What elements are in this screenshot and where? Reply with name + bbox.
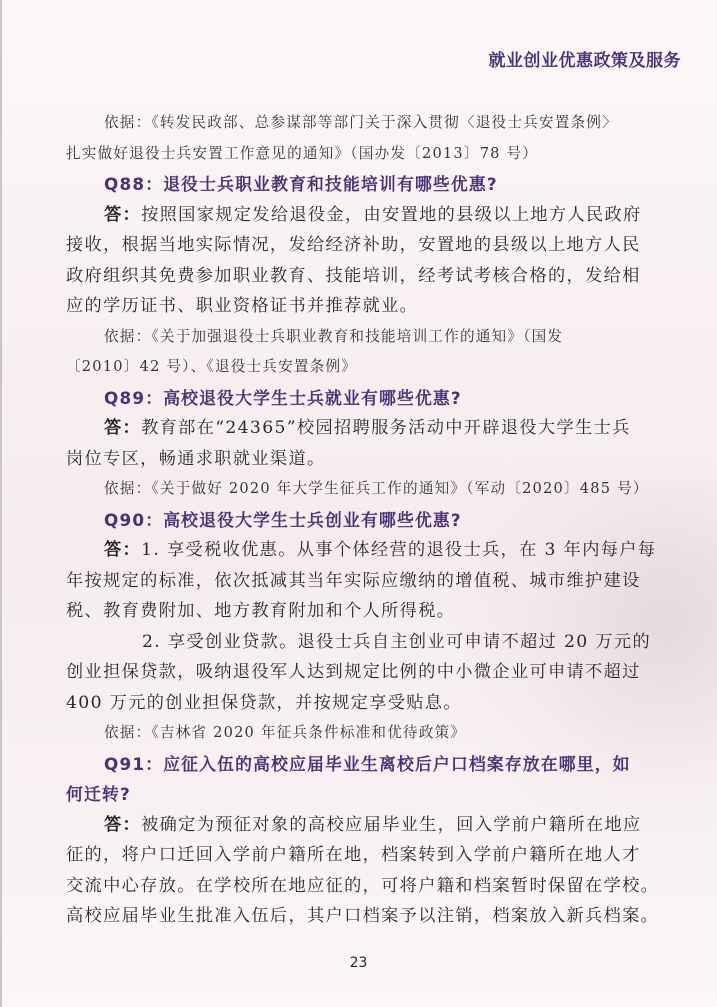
question-heading: Q88：退役士兵职业教育和技能培训有哪些优惠? <box>66 169 659 200</box>
basis-line: 〔2010〕42 号）、《退役士兵安置条例》 <box>66 352 659 383</box>
answer-line: 年按规定的标准，依次抵减其当年实际应缴纳的增值税、城市维护建设 <box>66 566 659 597</box>
question-heading-continued: 何迁转? <box>66 779 659 810</box>
answer-label: 答： <box>104 540 141 560</box>
answer-line: 答：被确定为预征对象的高校应届毕业生，回入学前户籍所在地应 <box>66 810 659 841</box>
answer-label: 答： <box>104 418 141 438</box>
answer-line: 交流中心存放。在学校所在地应征的，可将户籍和档案暂时保留在学校。 <box>66 871 659 902</box>
qa-block-q91: Q91：应征入伍的高校应届毕业生离校后户口档案存放在哪里，如 何迁转? 答：被确… <box>66 749 659 932</box>
answer-line: 高校应届毕业生批准入伍后，其户口档案予以注销，档案放入新兵档案。 <box>66 901 659 932</box>
basis-line: 依据：《关于做好 2020 年大学生征兵工作的通知》（军动〔2020〕485 号… <box>66 474 659 505</box>
page-content: 依据：《转发民政部、总参谋部等部门关于深入贯彻〈退役士兵安置条例〉 扎实做好退役… <box>66 108 659 932</box>
answer-line: 应的学历证书、职业资格证书并推荐就业。 <box>66 291 659 322</box>
answer-text: 按照国家规定发给退役金，由安置地的县级以上地方人民政府 <box>141 205 642 225</box>
answer-text: 被确定为预征对象的高校应届毕业生，回入学前户籍所在地应 <box>141 815 642 835</box>
intro-basis: 依据：《转发民政部、总参谋部等部门关于深入贯彻〈退役士兵安置条例〉 扎实做好退役… <box>66 108 659 169</box>
basis-line: 依据：《转发民政部、总参谋部等部门关于深入贯彻〈退役士兵安置条例〉 <box>66 108 659 139</box>
basis-line: 依据：《吉林省 2020 年征兵条件标准和优待政策》 <box>66 718 659 749</box>
answer-line: 政府组织其免费参加职业教育、技能培训，经考试考核合格的，发给相 <box>66 261 659 292</box>
page-number: 23 <box>0 955 717 971</box>
answer-line: 400 万元的创业担保贷款，并按规定享受贴息。 <box>66 688 659 719</box>
basis-line: 扎实做好退役士兵安置工作意见的通知》（国办发〔2013〕78 号） <box>66 139 659 170</box>
answer-line: 征的，将户口迁回入学前户籍所在地，档案转到入学前户籍所在地人才 <box>66 840 659 871</box>
question-heading: Q89：高校退役大学生士兵就业有哪些优惠? <box>66 383 659 414</box>
answer-line: 答：教育部在“24365”校园招聘服务活动中开辟退役大学生士兵 <box>66 413 659 444</box>
answer-line: 答：1. 享受税收优惠。从事个体经营的退役士兵，在 3 年内每户每 <box>66 535 659 566</box>
running-header-section-title: 就业创业优惠政策及服务 <box>489 46 682 71</box>
qa-block-q90: Q90：高校退役大学生士兵创业有哪些优惠? 答：1. 享受税收优惠。从事个体经营… <box>66 505 659 749</box>
page-edge-border <box>0 0 2 1007</box>
answer-line: 创业担保贷款，吸纳退役军人达到规定比例的中小微企业可申请不超过 <box>66 657 659 688</box>
answer-line: 接收，根据当地实际情况，发给经济补助，安置地的县级以上地方人民 <box>66 230 659 261</box>
answer-text: 教育部在“24365”校园招聘服务活动中开辟退役大学生士兵 <box>141 418 631 438</box>
answer-line: 答：按照国家规定发给退役金，由安置地的县级以上地方人民政府 <box>66 200 659 231</box>
answer-line: 税、教育费附加、地方教育附加和个人所得税。 <box>66 596 659 627</box>
question-heading: Q91：应征入伍的高校应届毕业生离校后户口档案存放在哪里，如 <box>66 749 659 780</box>
answer-text: 1. 享受税收优惠。从事个体经营的退役士兵，在 3 年内每户每 <box>141 540 656 560</box>
qa-block-q89: Q89：高校退役大学生士兵就业有哪些优惠? 答：教育部在“24365”校园招聘服… <box>66 383 659 505</box>
basis-line: 依据：《关于加强退役士兵职业教育和技能培训工作的通知》（国发 <box>66 322 659 353</box>
answer-label: 答： <box>104 815 141 835</box>
answer-label: 答： <box>104 205 141 225</box>
answer-line: 岗位专区，畅通求职就业渠道。 <box>66 444 659 475</box>
answer-line: 2. 享受创业贷款。退役士兵自主创业可申请不超过 20 万元的 <box>66 627 659 658</box>
qa-block-q88: Q88：退役士兵职业教育和技能培训有哪些优惠? 答：按照国家规定发给退役金，由安… <box>66 169 659 383</box>
question-heading: Q90：高校退役大学生士兵创业有哪些优惠? <box>66 505 659 536</box>
